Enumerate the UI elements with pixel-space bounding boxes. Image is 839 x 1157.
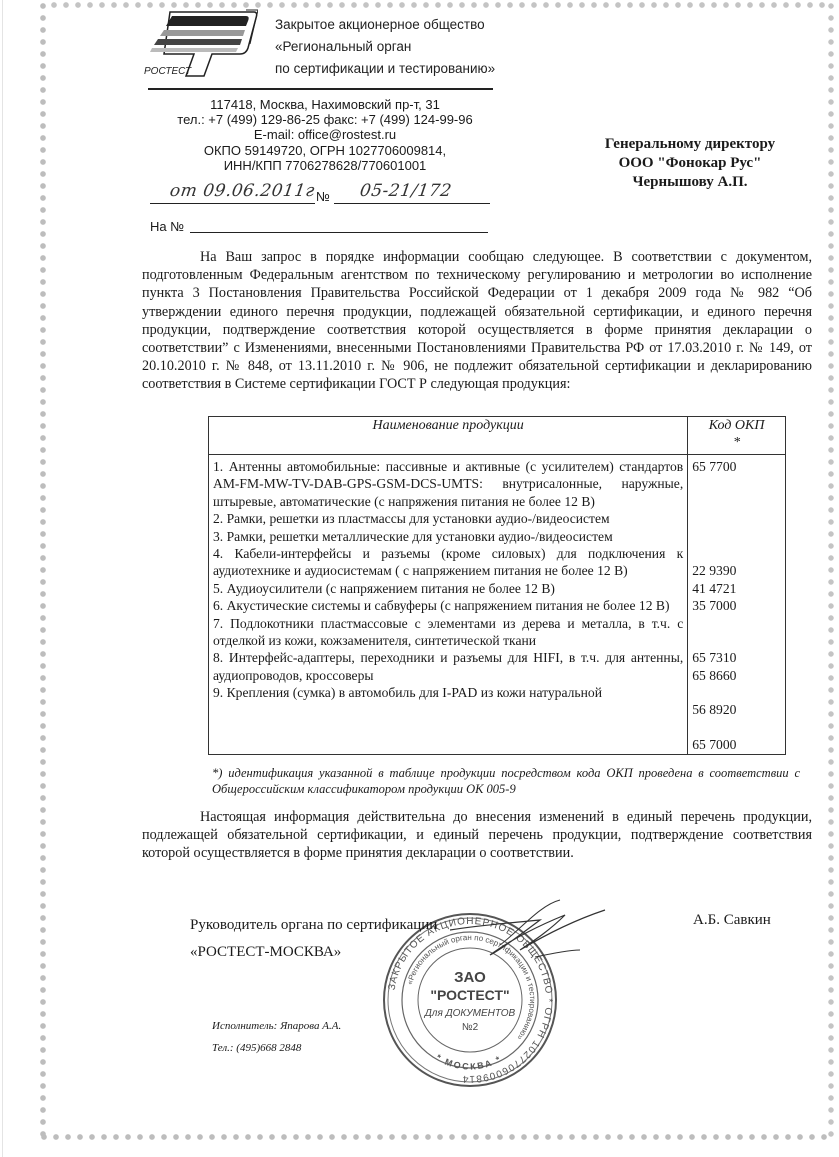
phone-fax: тел.: +7 (499) 129-86-25 факс: +7 (499) … [140,112,510,127]
svg-text:"РОСТЕСТ": "РОСТЕСТ" [430,987,509,1003]
table-row: 9. Крепления (сумка) в автомобиль для I-… [213,684,683,701]
okp-code: 35 7000 [692,597,781,614]
svg-text:РОСТЕСТ: РОСТЕСТ [144,66,192,77]
addressee-name: Чернышову А.П. [560,173,820,192]
okp-code: 65 8660 [692,667,781,684]
okp-code [692,615,781,632]
table-row: 8. Интерфейс-адаптеры, переходники и раз… [213,649,683,684]
table-row: 4. Кабели-интерфейсы и разъемы (кроме си… [213,545,683,580]
okp-code: 65 7700 [692,458,781,475]
table-body-row: 1. Антенны автомобильные: пассивные и ак… [209,455,786,755]
number-underline [334,203,490,204]
body-paragraph-2: Настоящая информация действительна до вн… [142,808,812,863]
addressee: Генеральному директору ООО "Фонокар Рус"… [560,135,820,192]
okp-code [692,493,781,510]
okp-code: 65 7000 [692,736,781,753]
okp-code [692,684,781,701]
table-footnote: *) идентификация указанной в таблице про… [212,765,800,797]
reply-to-label: На № [150,219,184,234]
okp-code: 22 9390 [692,562,781,579]
product-list-cell: 1. Антенны автомобильные: пассивные и ак… [209,455,688,755]
okp-code: 65 7310 [692,649,781,666]
executor-phone: Тел.: (495)668 2848 [212,1037,341,1059]
body-paragraph-1: На Ваш запрос в порядке информации сообщ… [142,248,812,394]
contact-info: 117418, Москва, Нахимовский пр-т, 31 тел… [140,97,510,173]
okp-code [692,528,781,545]
okp-code-cell: 65 7700 22 9390 41 4721 35 7000 65 7310 … [688,455,786,755]
okp-code: 41 4721 [692,580,781,597]
okp-code: 56 8920 [692,701,781,718]
svg-text:ЗАО: ЗАО [454,969,486,986]
tax-codes: ИНН/КПП 7706278628/770601001 [140,158,510,173]
okp-code [692,632,781,649]
scan-edge [2,0,3,1157]
org-line: «Региональный орган [275,36,495,58]
table-row: 6. Акустические системы и сабвуферы (с н… [213,597,683,614]
handwritten-number: 05-21/172 [359,181,453,201]
okp-code [692,545,781,562]
header-product-name: Наименование продукции [209,417,688,455]
table-row: 5. Аудиоусилители (с напряжением питания… [213,580,683,597]
table-row: 1. Антенны автомобильные: пассивные и ак… [213,458,683,510]
signatory-title: Руководитель органа по сертификации «РОС… [190,912,437,966]
rostest-logo-icon: РОСТЕСТ [142,8,258,78]
decorative-border-bottom [38,1132,828,1142]
registration-codes: ОКПО 59149720, ОГРН 1027706009814, [140,143,510,158]
header-okp-code-label: Код ОКП [709,418,765,433]
org-line: Закрытое акционерное общество [275,14,495,36]
products-table: Наименование продукции Код ОКП * 1. Анте… [208,416,786,755]
handwritten-date: от 09.06.2011г [169,181,316,201]
okp-code [692,510,781,527]
svg-text:№2: №2 [462,1022,479,1033]
okp-code [692,719,781,736]
outgoing-reference: от 09.06.2011г № 05-21/172 [150,181,490,211]
okp-code [692,475,781,492]
date-underline [150,203,315,204]
table-row: 3. Рамки, решетки металлические для уста… [213,528,683,545]
email: E-mail: office@rostest.ru [140,127,510,142]
header-okp-code: Код ОКП * [688,417,786,455]
table-row: 7. Подлокотники пластмассовые с элемента… [213,615,683,650]
table-header-row: Наименование продукции Код ОКП * [209,417,786,455]
letterhead-divider [148,88,493,90]
table-row: 2. Рамки, решетки из пластмассы для уста… [213,510,683,527]
header-okp-code-mark: * [733,435,740,450]
number-label: № [316,189,330,204]
reply-to-underline [190,232,488,233]
executor-info: Исполнитель: Япарова А.А. Тел.: (495)668… [212,1015,341,1059]
organization-name: Закрытое акционерное общество «Региональ… [275,14,495,80]
address: 117418, Москва, Нахимовский пр-т, 31 [140,97,510,112]
handwritten-signature-icon [440,895,610,965]
decorative-border-right [826,0,836,1140]
svg-text:* МОСКВА *: * МОСКВА * [434,1052,503,1071]
executor-name: Исполнитель: Япарова А.А. [212,1015,341,1037]
signatory-position: Руководитель органа по сертификации [190,912,437,939]
org-line: по сертификации и тестированию» [275,58,495,80]
addressee-position: Генеральному директору [560,135,820,154]
decorative-border-left [38,0,48,1140]
addressee-company: ООО "Фонокар Рус" [560,154,820,173]
signatory-organization: «РОСТЕСТ-МОСКВА» [190,939,437,966]
svg-text:Для ДОКУМЕНТОВ: Для ДОКУМЕНТОВ [424,1008,516,1019]
signatory-name: А.Б. Савкин [693,912,771,929]
